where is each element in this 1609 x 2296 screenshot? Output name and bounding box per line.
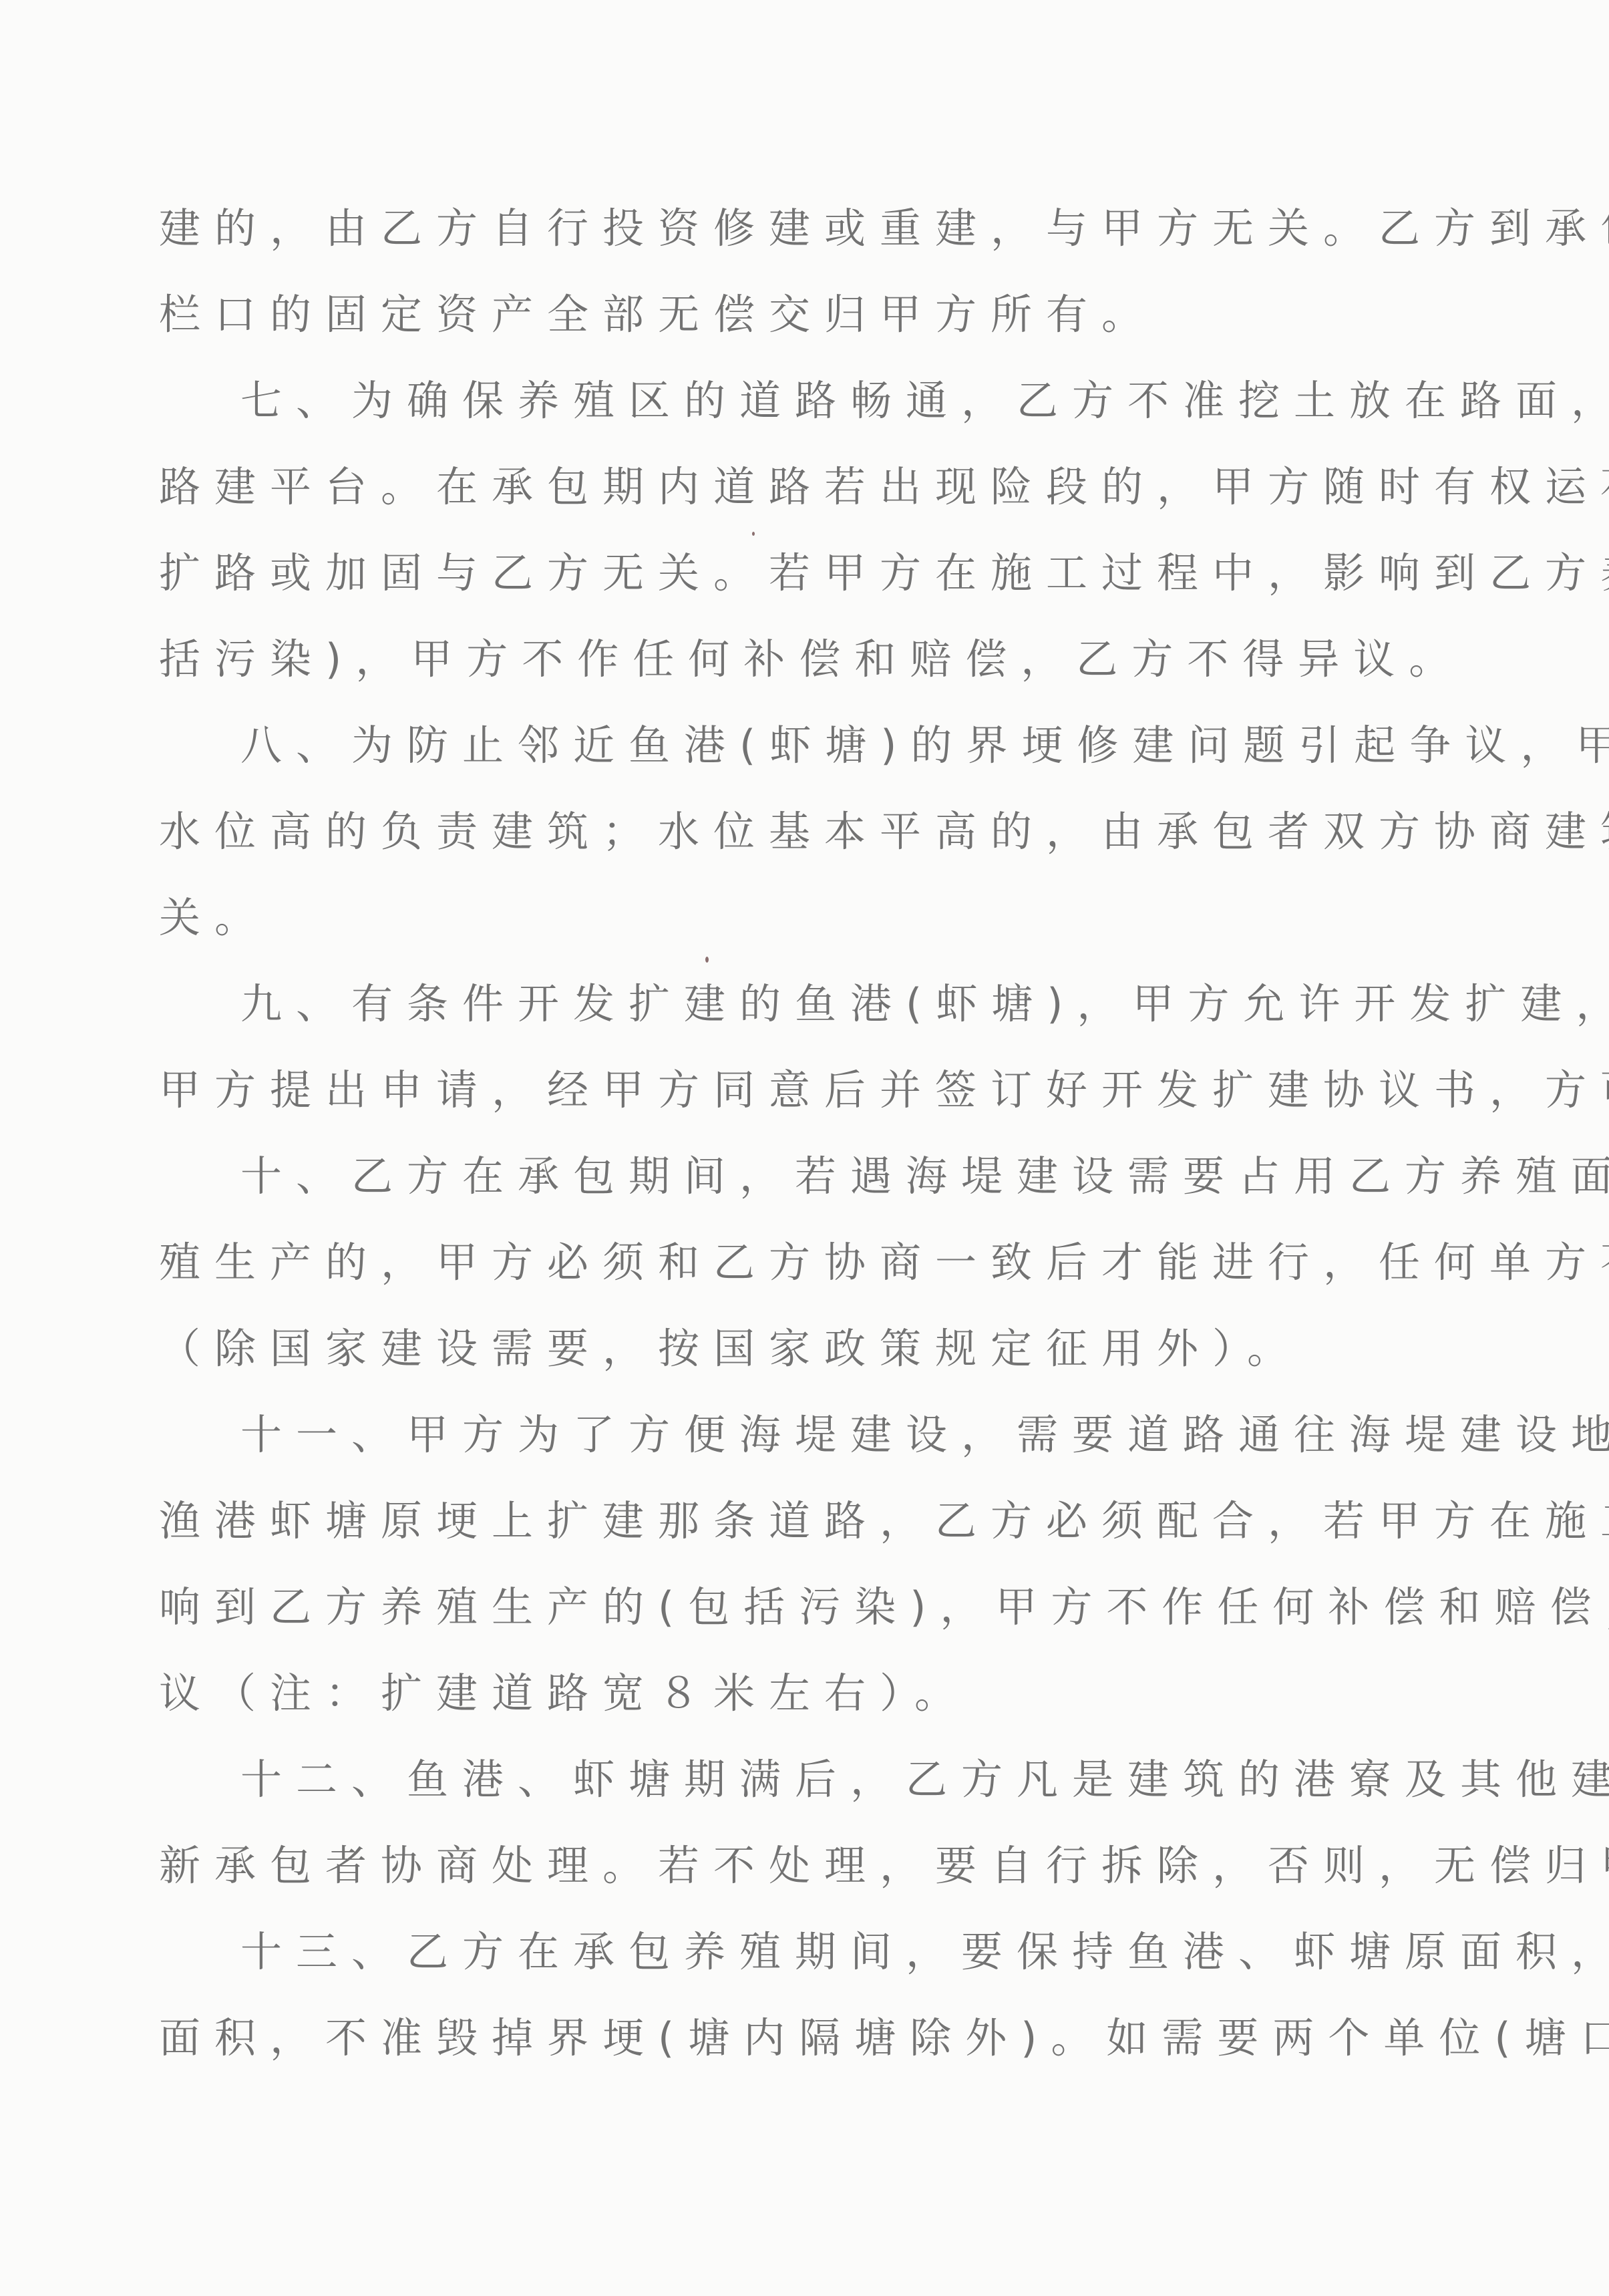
clause-7-line: 七、为确保养殖区的道路畅通，乙方不准挖土放在路面，允许挖土护 bbox=[159, 366, 1388, 452]
clause-10-line: 十、乙方在承包期间，若遇海堤建设需要占用乙方养殖面积或影响养 bbox=[159, 1142, 1388, 1228]
clause-11-line: 议（注：扩建道路宽８米左右）。 bbox=[159, 1659, 1388, 1745]
clause-13-line: 十三、乙方在承包养殖期间，要保持鱼港、虾塘原面积，不准缩小原 bbox=[159, 1917, 1388, 2003]
clause-11-line: 响到乙方养殖生产的(包括污染)，甲方不作任何补偿和赔偿，乙方不得异 bbox=[159, 1573, 1388, 1659]
clause-13-line: 面积，不准毁掉界埂(塘内隔塘除外)。如需要两个单位(塘口)合并为一个 bbox=[159, 2003, 1388, 2090]
text-line: 栏口的固定资产全部无偿交归甲方所有。 bbox=[159, 280, 1388, 366]
clause-11-line: 十一、甲方为了方便海堤建设，需要道路通往海堤建设地点，若需在 bbox=[159, 1400, 1388, 1486]
clause-8-line: 关。 bbox=[159, 883, 1388, 969]
clause-8-line: 水位高的负责建筑；水位基本平高的，由承包者双方协商建筑，与甲方无 bbox=[159, 797, 1388, 883]
text-line: 建的，由乙方自行投资修建或重建，与甲方无关。乙方到承包期满后所有 bbox=[159, 194, 1388, 280]
clause-9-line: 甲方提出申请，经甲方同意后并签订好开发扩建协议书，方可进行开发。 bbox=[159, 1055, 1388, 1142]
clause-10-line: （除国家建设需要，按国家政策规定征用外）。 bbox=[159, 1314, 1388, 1400]
scan-speck bbox=[705, 957, 709, 963]
clause-7-line: 括污染)，甲方不作任何补偿和赔偿，乙方不得异议。 bbox=[159, 625, 1388, 711]
clause-8-line: 八、为防止邻近鱼港(虾塘)的界埂修建问题引起争议，甲方规定：由 bbox=[159, 711, 1388, 797]
clause-7-line: 路建平台。在承包期内道路若出现险段的，甲方随时有权运石、运土进行 bbox=[159, 452, 1388, 538]
scan-speck bbox=[752, 532, 755, 536]
clause-12-line: 新承包者协商处理。若不处理，要自行拆除，否则，无偿归甲方所有。 bbox=[159, 1831, 1388, 1917]
document-page: 建的，由乙方自行投资修建或重建，与甲方无关。乙方到承包期满后所有 栏口的固定资产… bbox=[159, 194, 1388, 2090]
clause-9-line: 九、有条件开发扩建的鱼港(虾塘)，甲方允许开发扩建，但乙方需向 bbox=[159, 969, 1388, 1055]
clause-10-line: 殖生产的，甲方必须和乙方协商一致后才能进行，任何单方不能自作主张 bbox=[159, 1228, 1388, 1314]
clause-7-line: 扩路或加固与乙方无关。若甲方在施工过程中，影响到乙方养殖生产的(包 bbox=[159, 538, 1388, 625]
clause-12-line: 十二、鱼港、虾塘期满后，乙方凡是建筑的港寮及其他建筑设施要与 bbox=[159, 1745, 1388, 1831]
clause-11-line: 渔港虾塘原埂上扩建那条道路，乙方必须配合，若甲方在施工过程中，影 bbox=[159, 1486, 1388, 1573]
